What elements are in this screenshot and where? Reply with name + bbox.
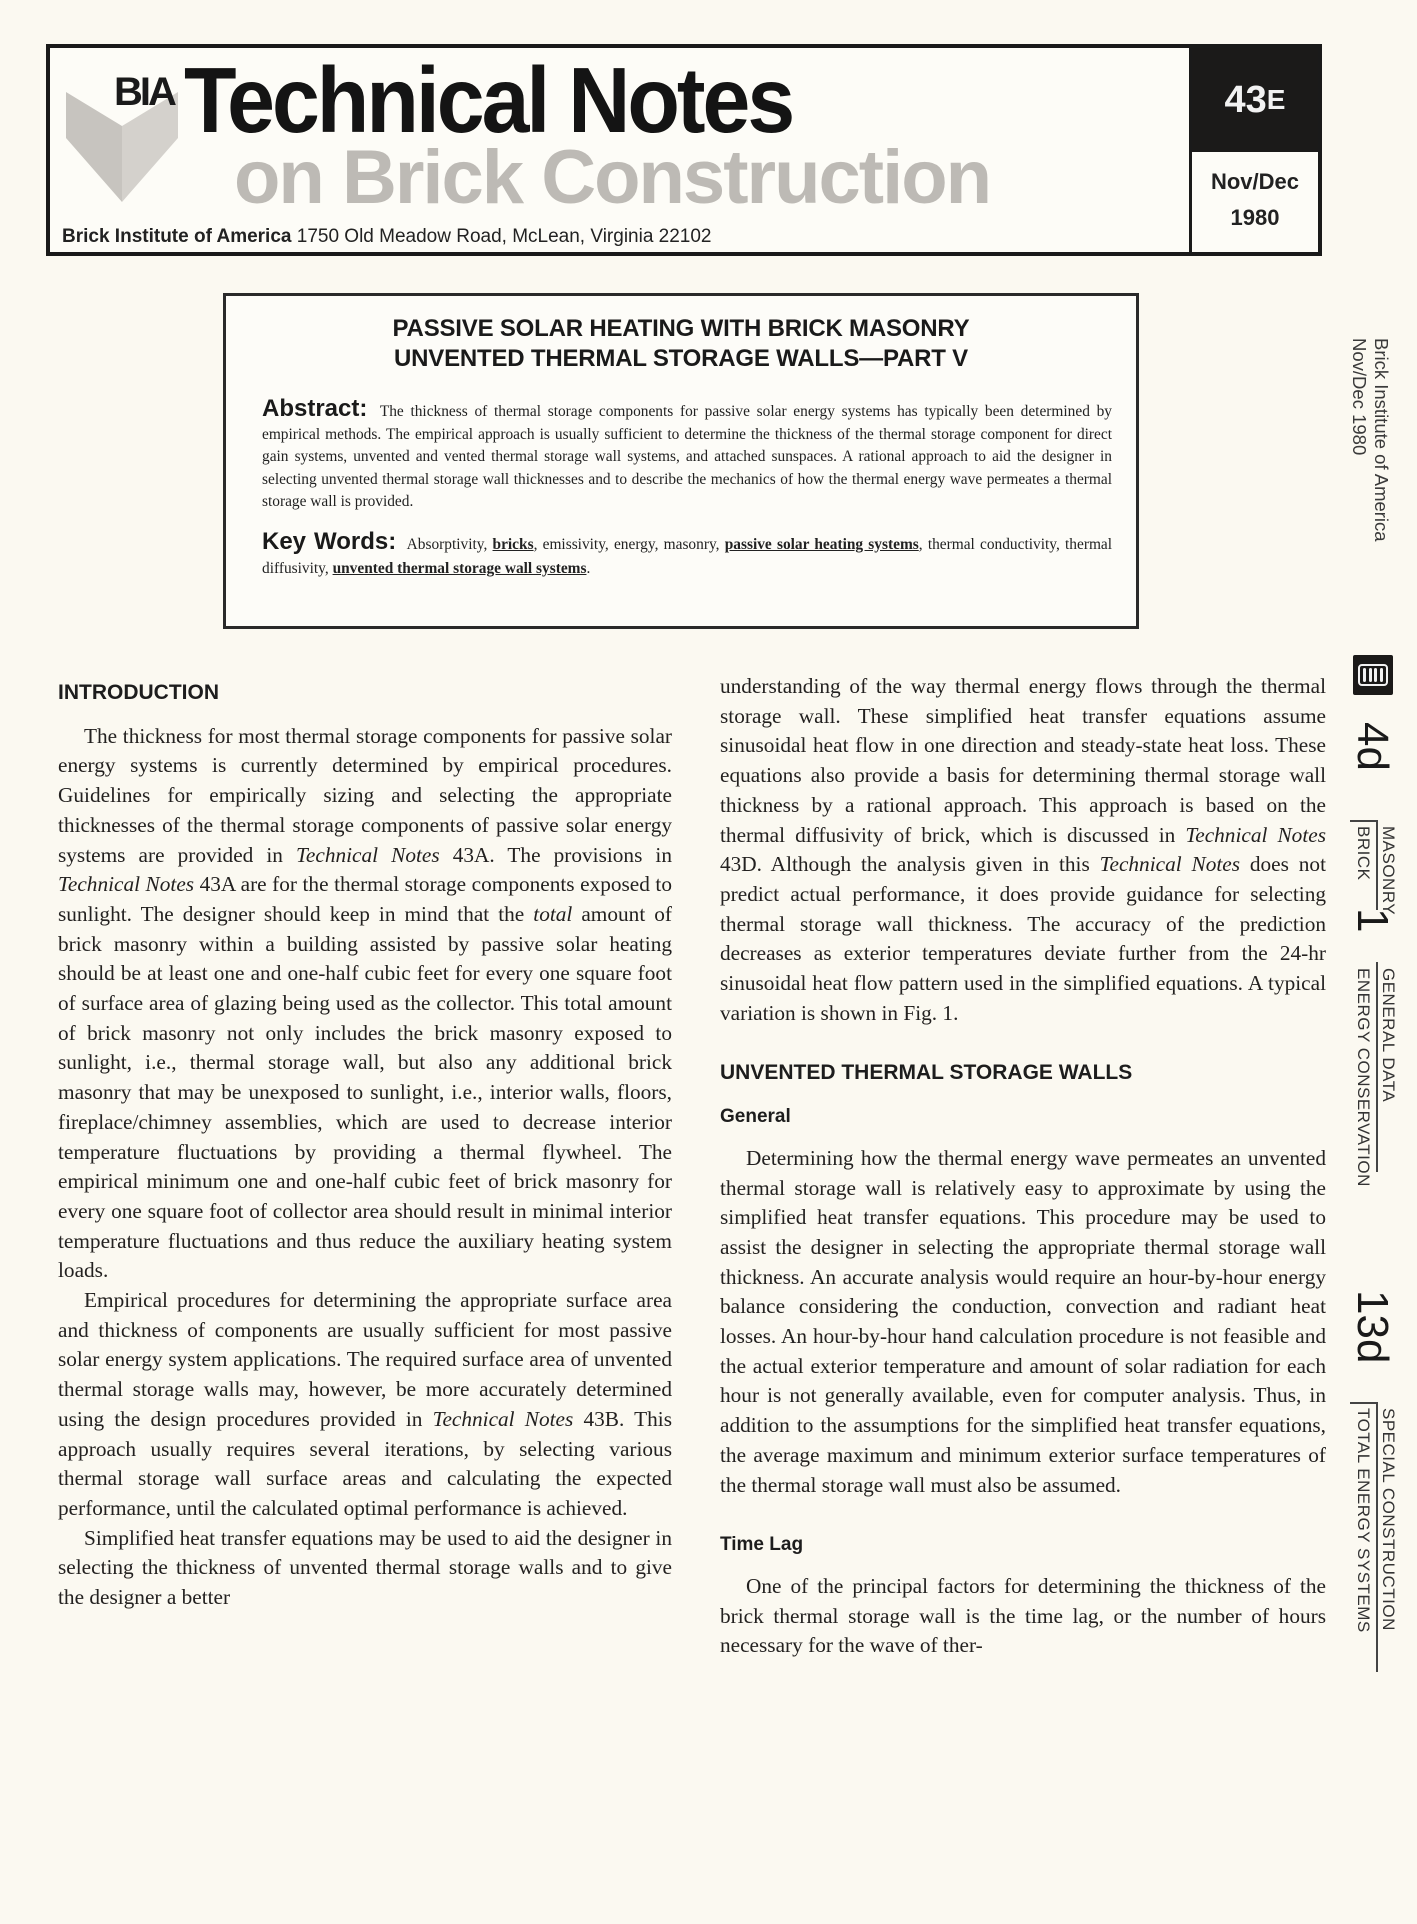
abstract: Abstract: The thickness of thermal stora… <box>262 398 1112 514</box>
intro-paragraph-3: Simplified heat transfer equations may b… <box>58 1524 672 1613</box>
ref-technical-notes: Technical Notes <box>1100 852 1240 876</box>
masthead: BIA Technical Notes on Brick Constructio… <box>46 44 1322 256</box>
heading-unvented-thermal-storage-walls: UNVENTED THERMAL STORAGE WALLS <box>720 1058 1326 1088</box>
ref-technical-notes: Technical Notes <box>58 872 194 896</box>
issue-date: Nov/Dec 1980 <box>1192 152 1318 236</box>
keywords-label: Key Words: <box>262 528 396 555</box>
heading-general: General <box>720 1102 1326 1132</box>
sidebar-publisher: Brick Institute of America <box>1370 338 1392 542</box>
category-masonry: MASONRY <box>1378 826 1398 915</box>
abstract-label: Abstract: <box>262 395 367 422</box>
time-lag-paragraph: One of the principal factors for determi… <box>720 1572 1326 1661</box>
issue-letter: E <box>1267 84 1286 116</box>
ref-technical-notes: Technical Notes <box>296 843 440 867</box>
divider <box>1350 820 1376 822</box>
right-column: understanding of the way thermal energy … <box>720 672 1326 1661</box>
brick-icon <box>1353 655 1393 695</box>
publication-title: Technical Notes <box>184 54 792 147</box>
keyword: thermal conductivity <box>928 536 1056 553</box>
issue-period: Nov/Dec <box>1192 164 1318 200</box>
sidebar-date: Nov/Dec 1980 <box>1348 338 1370 542</box>
issue-box: 43E Nov/Dec 1980 <box>1189 48 1318 252</box>
divider <box>1376 1402 1378 1672</box>
section-code-1: 1 <box>1350 908 1394 932</box>
keyword: unvented thermal storage wall systems <box>333 560 587 577</box>
heading-introduction: INTRODUCTION <box>58 678 672 708</box>
sidebar-credit: Brick Institute of America Nov/Dec 1980 <box>1348 338 1392 542</box>
emphasis-total: total <box>533 902 572 926</box>
section-code-13d: 13d <box>1350 1290 1394 1363</box>
keyword: energy <box>614 536 655 553</box>
publication-subtitle: on Brick Construction <box>234 140 990 216</box>
issue-number: 43E <box>1192 48 1318 152</box>
keywords: Key Words: Absorptivity, bricks, emissiv… <box>262 530 1112 581</box>
ref-technical-notes: Technical Notes <box>1185 823 1326 847</box>
divider <box>1350 1402 1376 1404</box>
street-address: 1750 Old Meadow Road, McLean, Virginia 2… <box>297 226 712 247</box>
document-title-line-1: PASSIVE SOLAR HEATING WITH BRICK MASONRY <box>226 314 1136 344</box>
publisher-name: Brick Institute of America <box>62 226 291 247</box>
document-title: PASSIVE SOLAR HEATING WITH BRICK MASONRY… <box>226 314 1136 374</box>
intro-paragraph-1: The thickness for most thermal storage c… <box>58 722 672 1286</box>
general-paragraph: Determining how the thermal energy wave … <box>720 1144 1326 1500</box>
publisher-address: Brick Institute of America 1750 Old Mead… <box>62 226 712 248</box>
ref-technical-notes: Technical Notes <box>433 1407 574 1431</box>
category-brick: BRICK <box>1353 826 1373 880</box>
document-title-line-2: UNVENTED THERMAL STORAGE WALLS—PART V <box>226 344 1136 374</box>
intro-paragraph-3-continued: understanding of the way thermal energy … <box>720 672 1326 1028</box>
intro-paragraph-2: Empirical procedures for determining the… <box>58 1286 672 1524</box>
heading-time-lag: Time Lag <box>720 1530 1326 1560</box>
left-column: INTRODUCTION The thickness for most ther… <box>58 672 672 1613</box>
category-special-construction: SPECIAL CONSTRUCTION <box>1378 1408 1398 1631</box>
logo-text: BIA <box>114 70 174 115</box>
divider <box>1376 962 1378 1172</box>
issue-number-digits: 43 <box>1225 79 1267 122</box>
abstract-box: PASSIVE SOLAR HEATING WITH BRICK MASONRY… <box>223 293 1139 629</box>
keyword: passive solar heating systems <box>725 536 919 553</box>
section-code-4d: 4d <box>1350 722 1394 771</box>
category-total-energy-systems: TOTAL ENERGY SYSTEMS <box>1353 1408 1373 1633</box>
keyword: Absorptivity <box>407 536 484 553</box>
keyword: masonry <box>664 536 716 553</box>
keyword: bricks <box>493 536 534 553</box>
category-energy-conservation: ENERGY CONSERVATION <box>1353 968 1373 1187</box>
abstract-text: The thickness of thermal storage compone… <box>262 403 1112 510</box>
keyword: emissivity <box>543 536 605 553</box>
issue-year: 1980 <box>1192 200 1318 236</box>
category-general-data: GENERAL DATA <box>1378 968 1398 1102</box>
divider <box>1376 820 1378 910</box>
